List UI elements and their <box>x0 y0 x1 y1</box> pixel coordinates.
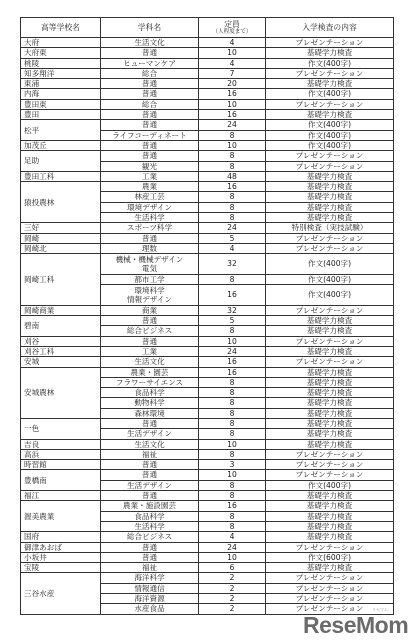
department-cell: 海洋科学 <box>101 573 199 583</box>
department-cell: 工業 <box>101 346 199 356</box>
department-cell: 福祉 <box>101 563 199 573</box>
department-cell: 普通 <box>101 316 199 326</box>
exam-cell: 基礎学力検査 <box>266 501 394 511</box>
exam-cell: プレゼンテーション <box>266 583 394 593</box>
exam-cell: 基礎学力検査 <box>266 398 394 408</box>
exam-cell: プレゼンテーション <box>266 460 394 470</box>
department-cell: 福祉 <box>101 449 199 459</box>
department-cell: 普通 <box>101 89 199 99</box>
department-cell: 食品科学 <box>101 388 199 398</box>
exam-cell: 基礎学力検査 <box>266 491 394 501</box>
table-row: 知多翔洋総合7プレゼンテーション <box>21 68 394 78</box>
exam-cell: プレゼンテーション <box>266 243 394 253</box>
department-cell: 観光 <box>101 161 199 171</box>
table-row: 豊田東総合10プレゼンテーション <box>21 99 394 109</box>
capacity-cell: 8 <box>199 449 266 459</box>
capacity-cell: 4 <box>199 38 266 48</box>
capacity-cell: 10 <box>199 48 266 58</box>
exam-cell: 基礎学力検査 <box>266 213 394 223</box>
exam-cell: プレゼンテーション <box>266 161 394 171</box>
table-row: 刈谷普通10プレゼンテーション <box>21 336 394 346</box>
department-cell: フラワーサイエンス <box>101 377 199 387</box>
table-row: 渥美農業農業・施設園芸16基礎学力検査 <box>21 501 394 511</box>
department-cell: 総合 <box>101 99 199 109</box>
capacity-cell: 8 <box>199 388 266 398</box>
capacity-cell: 8 <box>199 130 266 140</box>
capacity-cell: 24 <box>199 346 266 356</box>
capacity-cell: 8 <box>199 377 266 387</box>
department-cell: 普通 <box>101 470 199 480</box>
department-cell: 生活文化 <box>101 38 199 48</box>
department-cell: ライフコーディネート <box>101 130 199 140</box>
capacity-cell: 24 <box>199 120 266 130</box>
exam-cell: 基礎学力検査 <box>266 316 394 326</box>
capacity-cell: 16 <box>199 501 266 511</box>
table-row: 加茂丘普通10作文(400字) <box>21 140 394 150</box>
capacity-cell: 8 <box>199 326 266 336</box>
table-header-row: 高等学校名 学科名 定員 （人程度まで） 入学検査の内容 <box>21 18 394 38</box>
capacity-cell: 4 <box>199 532 266 542</box>
department-cell: 普通 <box>101 140 199 150</box>
capacity-cell: 10 <box>199 439 266 449</box>
school-name-cell: 刈谷工科 <box>21 346 101 356</box>
capacity-cell: 10 <box>199 140 266 150</box>
table-row: 安城生活文化16プレゼンテーション <box>21 357 394 367</box>
capacity-cell: 16 <box>199 367 266 377</box>
exam-cell: プレゼンテーション <box>266 305 394 315</box>
department-cell: 工業 <box>101 171 199 181</box>
table-row: 桃陵ヒューマンケア4作文(400字) <box>21 58 394 68</box>
school-name-cell: 三好 <box>21 223 101 233</box>
capacity-cell: 2 <box>199 583 266 593</box>
department-cell: ヒューマンケア <box>101 58 199 68</box>
capacity-cell: 48 <box>199 171 266 181</box>
capacity-cell: 8 <box>199 521 266 531</box>
header-school: 高等学校名 <box>21 18 101 38</box>
exam-cell: プレゼンテーション <box>266 68 394 78</box>
exam-cell: 基礎学力検査 <box>266 418 394 428</box>
capacity-cell: 8 <box>199 161 266 171</box>
department-cell: 普通 <box>101 110 199 120</box>
capacity-cell: 16 <box>199 357 266 367</box>
school-name-cell: 岡崎北 <box>21 243 101 253</box>
table-row: 刈谷工科工業24基礎学力検査 <box>21 346 394 356</box>
exam-cell: 基礎学力検査 <box>266 346 394 356</box>
capacity-cell: 3 <box>199 460 266 470</box>
department-cell: 総合ビジネス <box>101 532 199 542</box>
department-cell: 普通 <box>101 120 199 130</box>
table-row: 宝陵福祉6基礎学力検査 <box>21 563 394 573</box>
school-name-cell: 渥美農業 <box>21 501 101 532</box>
table-row: 豊田普通16基礎学力検査 <box>21 110 394 120</box>
department-cell: 総合 <box>101 68 199 78</box>
department-cell: 情報通信 <box>101 583 199 593</box>
school-name-cell: 福江 <box>21 491 101 501</box>
table-row: 岡崎工科機械・機械デザイン 電気32作文(400字) <box>21 254 394 275</box>
school-name-cell: 小坂井 <box>21 552 101 562</box>
school-name-cell: 桃陵 <box>21 58 101 68</box>
table-row: 時習館普通3プレゼンテーション <box>21 460 394 470</box>
table-row: 大府生活文化4プレゼンテーション <box>21 38 394 48</box>
department-cell: 普通 <box>101 48 199 58</box>
school-name-cell: 御津あおば <box>21 542 101 552</box>
exam-cell: 基礎学力検査 <box>266 511 394 521</box>
exam-cell: プレゼンテーション <box>266 151 394 161</box>
capacity-cell: 32 <box>199 305 266 315</box>
admission-table: 高等学校名 学科名 定員 （人程度まで） 入学検査の内容 大府生活文化4プレゼン… <box>20 17 394 615</box>
exam-cell: 基礎学力検査 <box>266 110 394 120</box>
capacity-cell: 5 <box>199 316 266 326</box>
exam-cell: プレゼンテーション <box>266 449 394 459</box>
exam-cell: 作文(400字) <box>266 480 394 490</box>
department-cell: 生活科学 <box>101 521 199 531</box>
exam-cell: 作文(400字) <box>266 89 394 99</box>
department-cell: 水産食品 <box>101 604 199 614</box>
table-row: 東浦普通20基礎学力検査 <box>21 79 394 89</box>
exam-cell: プレゼンテーション <box>266 99 394 109</box>
school-name-cell: 東浦 <box>21 79 101 89</box>
exam-cell: プレゼンテーション <box>266 336 394 346</box>
capacity-cell: 24 <box>199 542 266 552</box>
school-name-cell: 豊田 <box>21 110 101 120</box>
header-capacity-label: 定員 <box>199 21 265 29</box>
school-name-cell: 岡崎商業 <box>21 305 101 315</box>
department-cell: 生活文化 <box>101 357 199 367</box>
table-row: 御津あおば普通24プレゼンテーション <box>21 542 394 552</box>
table-row: 福江普通8基礎学力検査 <box>21 491 394 501</box>
department-cell: 普通 <box>101 233 199 243</box>
school-name-cell: 知多翔洋 <box>21 68 101 78</box>
table-row: 豊田工科工業48基礎学力検査 <box>21 171 394 181</box>
exam-cell: 基礎学力検査 <box>266 171 394 181</box>
table-row: 安城農林農業・園芸16基礎学力検査 <box>21 367 394 377</box>
exam-cell: 作文(400字) <box>266 254 394 275</box>
exam-cell: 基礎学力検査 <box>266 182 394 192</box>
table-row: 吉良生活文化10基礎学力検査 <box>21 439 394 449</box>
table-row: 内海普通16作文(400字) <box>21 89 394 99</box>
exam-cell: 作文(400字) <box>266 285 394 306</box>
capacity-cell: 32 <box>199 254 266 275</box>
department-cell: 生活科学 <box>101 213 199 223</box>
department-cell: 総合ビジネス <box>101 326 199 336</box>
capacity-cell: 5 <box>199 233 266 243</box>
school-name-cell: 吉良 <box>21 439 101 449</box>
exam-cell: 基礎学力検査 <box>266 202 394 212</box>
capacity-cell: 8 <box>199 213 266 223</box>
capacity-cell: 8 <box>199 418 266 428</box>
capacity-cell: 16 <box>199 110 266 120</box>
capacity-cell: 4 <box>199 243 266 253</box>
department-cell: 農業・園芸 <box>101 367 199 377</box>
capacity-cell: 8 <box>199 202 266 212</box>
exam-cell: 基礎学力検査 <box>266 429 394 439</box>
school-name-cell: 三谷水産 <box>21 573 101 614</box>
header-capacity: 定員 （人程度まで） <box>199 18 266 38</box>
capacity-cell: 8 <box>199 151 266 161</box>
exam-cell: 基礎学力検査 <box>266 192 394 202</box>
department-cell: 普通 <box>101 151 199 161</box>
table-row: 岡崎商業商業32プレゼンテーション <box>21 305 394 315</box>
school-name-cell: 岡崎 <box>21 233 101 243</box>
table-row: 豊橋南普通10プレゼンテーション <box>21 470 394 480</box>
exam-cell: プレゼンテーション <box>266 542 394 552</box>
capacity-cell: 16 <box>199 285 266 306</box>
exam-cell: プレゼンテーション <box>266 233 394 243</box>
department-cell: 普通 <box>101 79 199 89</box>
table-row: 碧南普通5基礎学力検査 <box>21 316 394 326</box>
capacity-cell: 10 <box>199 336 266 346</box>
department-cell: 農業 <box>101 182 199 192</box>
school-name-cell: 内海 <box>21 89 101 99</box>
school-name-cell: 豊田工科 <box>21 171 101 181</box>
school-name-cell: 一色 <box>21 418 101 439</box>
capacity-cell: 6 <box>199 563 266 573</box>
table-body: 大府生活文化4プレゼンテーション大府東普通10基礎学力検査桃陵ヒューマンケア4作… <box>21 38 394 615</box>
resemom-logo: ReseMom <box>303 613 408 637</box>
school-name-cell: 岡崎工科 <box>21 254 101 305</box>
capacity-cell: 2 <box>199 604 266 614</box>
department-cell: 森林環境 <box>101 408 199 418</box>
department-cell: スポーツ科学 <box>101 223 199 233</box>
department-cell: 海洋資源 <box>101 594 199 604</box>
department-cell: 環境デザイン <box>101 202 199 212</box>
exam-cell: プレゼンテーション <box>266 573 394 583</box>
school-name-cell: 豊橋南 <box>21 470 101 491</box>
exam-cell: 作文(400字) <box>266 120 394 130</box>
department-cell: 機械・機械デザイン 電気 <box>101 254 199 275</box>
school-name-cell: 安城 <box>21 357 101 367</box>
school-name-cell: 時習館 <box>21 460 101 470</box>
school-name-cell: 足助 <box>21 151 101 172</box>
department-cell: 普通 <box>101 460 199 470</box>
table-row: 大府東普通10基礎学力検査 <box>21 48 394 58</box>
exam-cell: 基礎学力検査 <box>266 79 394 89</box>
header-capacity-note: （人程度まで） <box>199 29 265 35</box>
exam-cell: 基礎学力検査 <box>266 388 394 398</box>
school-name-cell: 松平 <box>21 120 101 141</box>
exam-cell: 基礎学力検査 <box>266 532 394 542</box>
school-name-cell: 猿投農林 <box>21 182 101 223</box>
header-exam: 入学検査の内容 <box>266 18 394 38</box>
capacity-cell: 20 <box>199 79 266 89</box>
exam-cell: 基礎学力検査 <box>266 377 394 387</box>
capacity-cell: 4 <box>199 58 266 68</box>
department-cell: 普通 <box>101 336 199 346</box>
capacity-cell: 8 <box>199 398 266 408</box>
department-cell: 生活デザイン <box>101 429 199 439</box>
capacity-cell: 24 <box>199 223 266 233</box>
department-cell: 都市工学 <box>101 274 199 284</box>
table-row: 岡崎普通5プレゼンテーション <box>21 233 394 243</box>
school-name-cell: 安城農林 <box>21 367 101 418</box>
department-cell: 生活デザイン <box>101 480 199 490</box>
school-name-cell: 国府 <box>21 532 101 542</box>
exam-cell: 基礎学力検査 <box>266 563 394 573</box>
department-cell: 理数 <box>101 243 199 253</box>
exam-cell: 作文(400字) <box>266 130 394 140</box>
exam-cell: 基礎学力検査 <box>266 408 394 418</box>
exam-cell: プレゼンテーション <box>266 38 394 48</box>
table-row: 一色普通8基礎学力検査 <box>21 418 394 428</box>
school-name-cell: 宝陵 <box>21 563 101 573</box>
exam-cell: 特別検査（実技試験） <box>266 223 394 233</box>
table-row: 岡崎北理数4プレゼンテーション <box>21 243 394 253</box>
table-row: 小坂井普通10作文(600字) <box>21 552 394 562</box>
table-row: 猿投農林農業16基礎学力検査 <box>21 182 394 192</box>
capacity-cell: 10 <box>199 470 266 480</box>
department-cell: 普通 <box>101 552 199 562</box>
department-cell: 林産工芸 <box>101 192 199 202</box>
school-name-cell: 碧南 <box>21 316 101 337</box>
table-row: 三谷水産海洋科学2プレゼンテーション <box>21 573 394 583</box>
school-name-cell: 加茂丘 <box>21 140 101 150</box>
exam-cell: 基礎学力検査 <box>266 326 394 336</box>
exam-cell: 作文(400字) <box>266 58 394 68</box>
exam-cell: 作文(600字) <box>266 552 394 562</box>
department-cell: 農業・施設園芸 <box>101 501 199 511</box>
exam-cell: プレゼンテーション <box>266 357 394 367</box>
school-name-cell: 高浜 <box>21 449 101 459</box>
table-row: 高浜福祉8プレゼンテーション <box>21 449 394 459</box>
capacity-cell: 10 <box>199 552 266 562</box>
capacity-cell: 16 <box>199 182 266 192</box>
table-row: 松平普通24作文(400字) <box>21 120 394 130</box>
exam-cell: 作文(400字) <box>266 140 394 150</box>
department-cell: 生活文化 <box>101 439 199 449</box>
school-name-cell: 大府 <box>21 38 101 48</box>
department-cell: 普通 <box>101 418 199 428</box>
exam-cell: 基礎学力検査 <box>266 521 394 531</box>
capacity-cell: 8 <box>199 511 266 521</box>
exam-cell: 作文(400字) <box>266 274 394 284</box>
header-department: 学科名 <box>101 18 199 38</box>
department-cell: 普通 <box>101 542 199 552</box>
exam-cell: プレゼンテーション <box>266 470 394 480</box>
department-cell: 普通 <box>101 491 199 501</box>
capacity-cell: 2 <box>199 594 266 604</box>
department-cell: 商業 <box>101 305 199 315</box>
school-name-cell: 豊田東 <box>21 99 101 109</box>
table-row: 三好スポーツ科学24特別検査（実技試験） <box>21 223 394 233</box>
capacity-cell: 8 <box>199 192 266 202</box>
capacity-cell: 8 <box>199 491 266 501</box>
school-name-cell: 刈谷 <box>21 336 101 346</box>
department-cell: 食品科学 <box>101 511 199 521</box>
table-row: 国府総合ビジネス4基礎学力検査 <box>21 532 394 542</box>
capacity-cell: 8 <box>199 429 266 439</box>
capacity-cell: 8 <box>199 274 266 284</box>
exam-cell: 基礎学力検査 <box>266 367 394 377</box>
capacity-cell: 7 <box>199 68 266 78</box>
school-name-cell: 大府東 <box>21 48 101 58</box>
capacity-cell: 8 <box>199 480 266 490</box>
exam-cell: 基礎学力検査 <box>266 439 394 449</box>
capacity-cell: 2 <box>199 573 266 583</box>
capacity-cell: 16 <box>199 89 266 99</box>
exam-cell: 基礎学力検査 <box>266 48 394 58</box>
exam-cell: プレゼンテーション <box>266 594 394 604</box>
department-cell: 環境科学 情報デザイン <box>101 285 199 306</box>
capacity-cell: 10 <box>199 99 266 109</box>
table-row: 足助普通8プレゼンテーション <box>21 151 394 161</box>
department-cell: 動物科学 <box>101 398 199 408</box>
capacity-cell: 8 <box>199 408 266 418</box>
